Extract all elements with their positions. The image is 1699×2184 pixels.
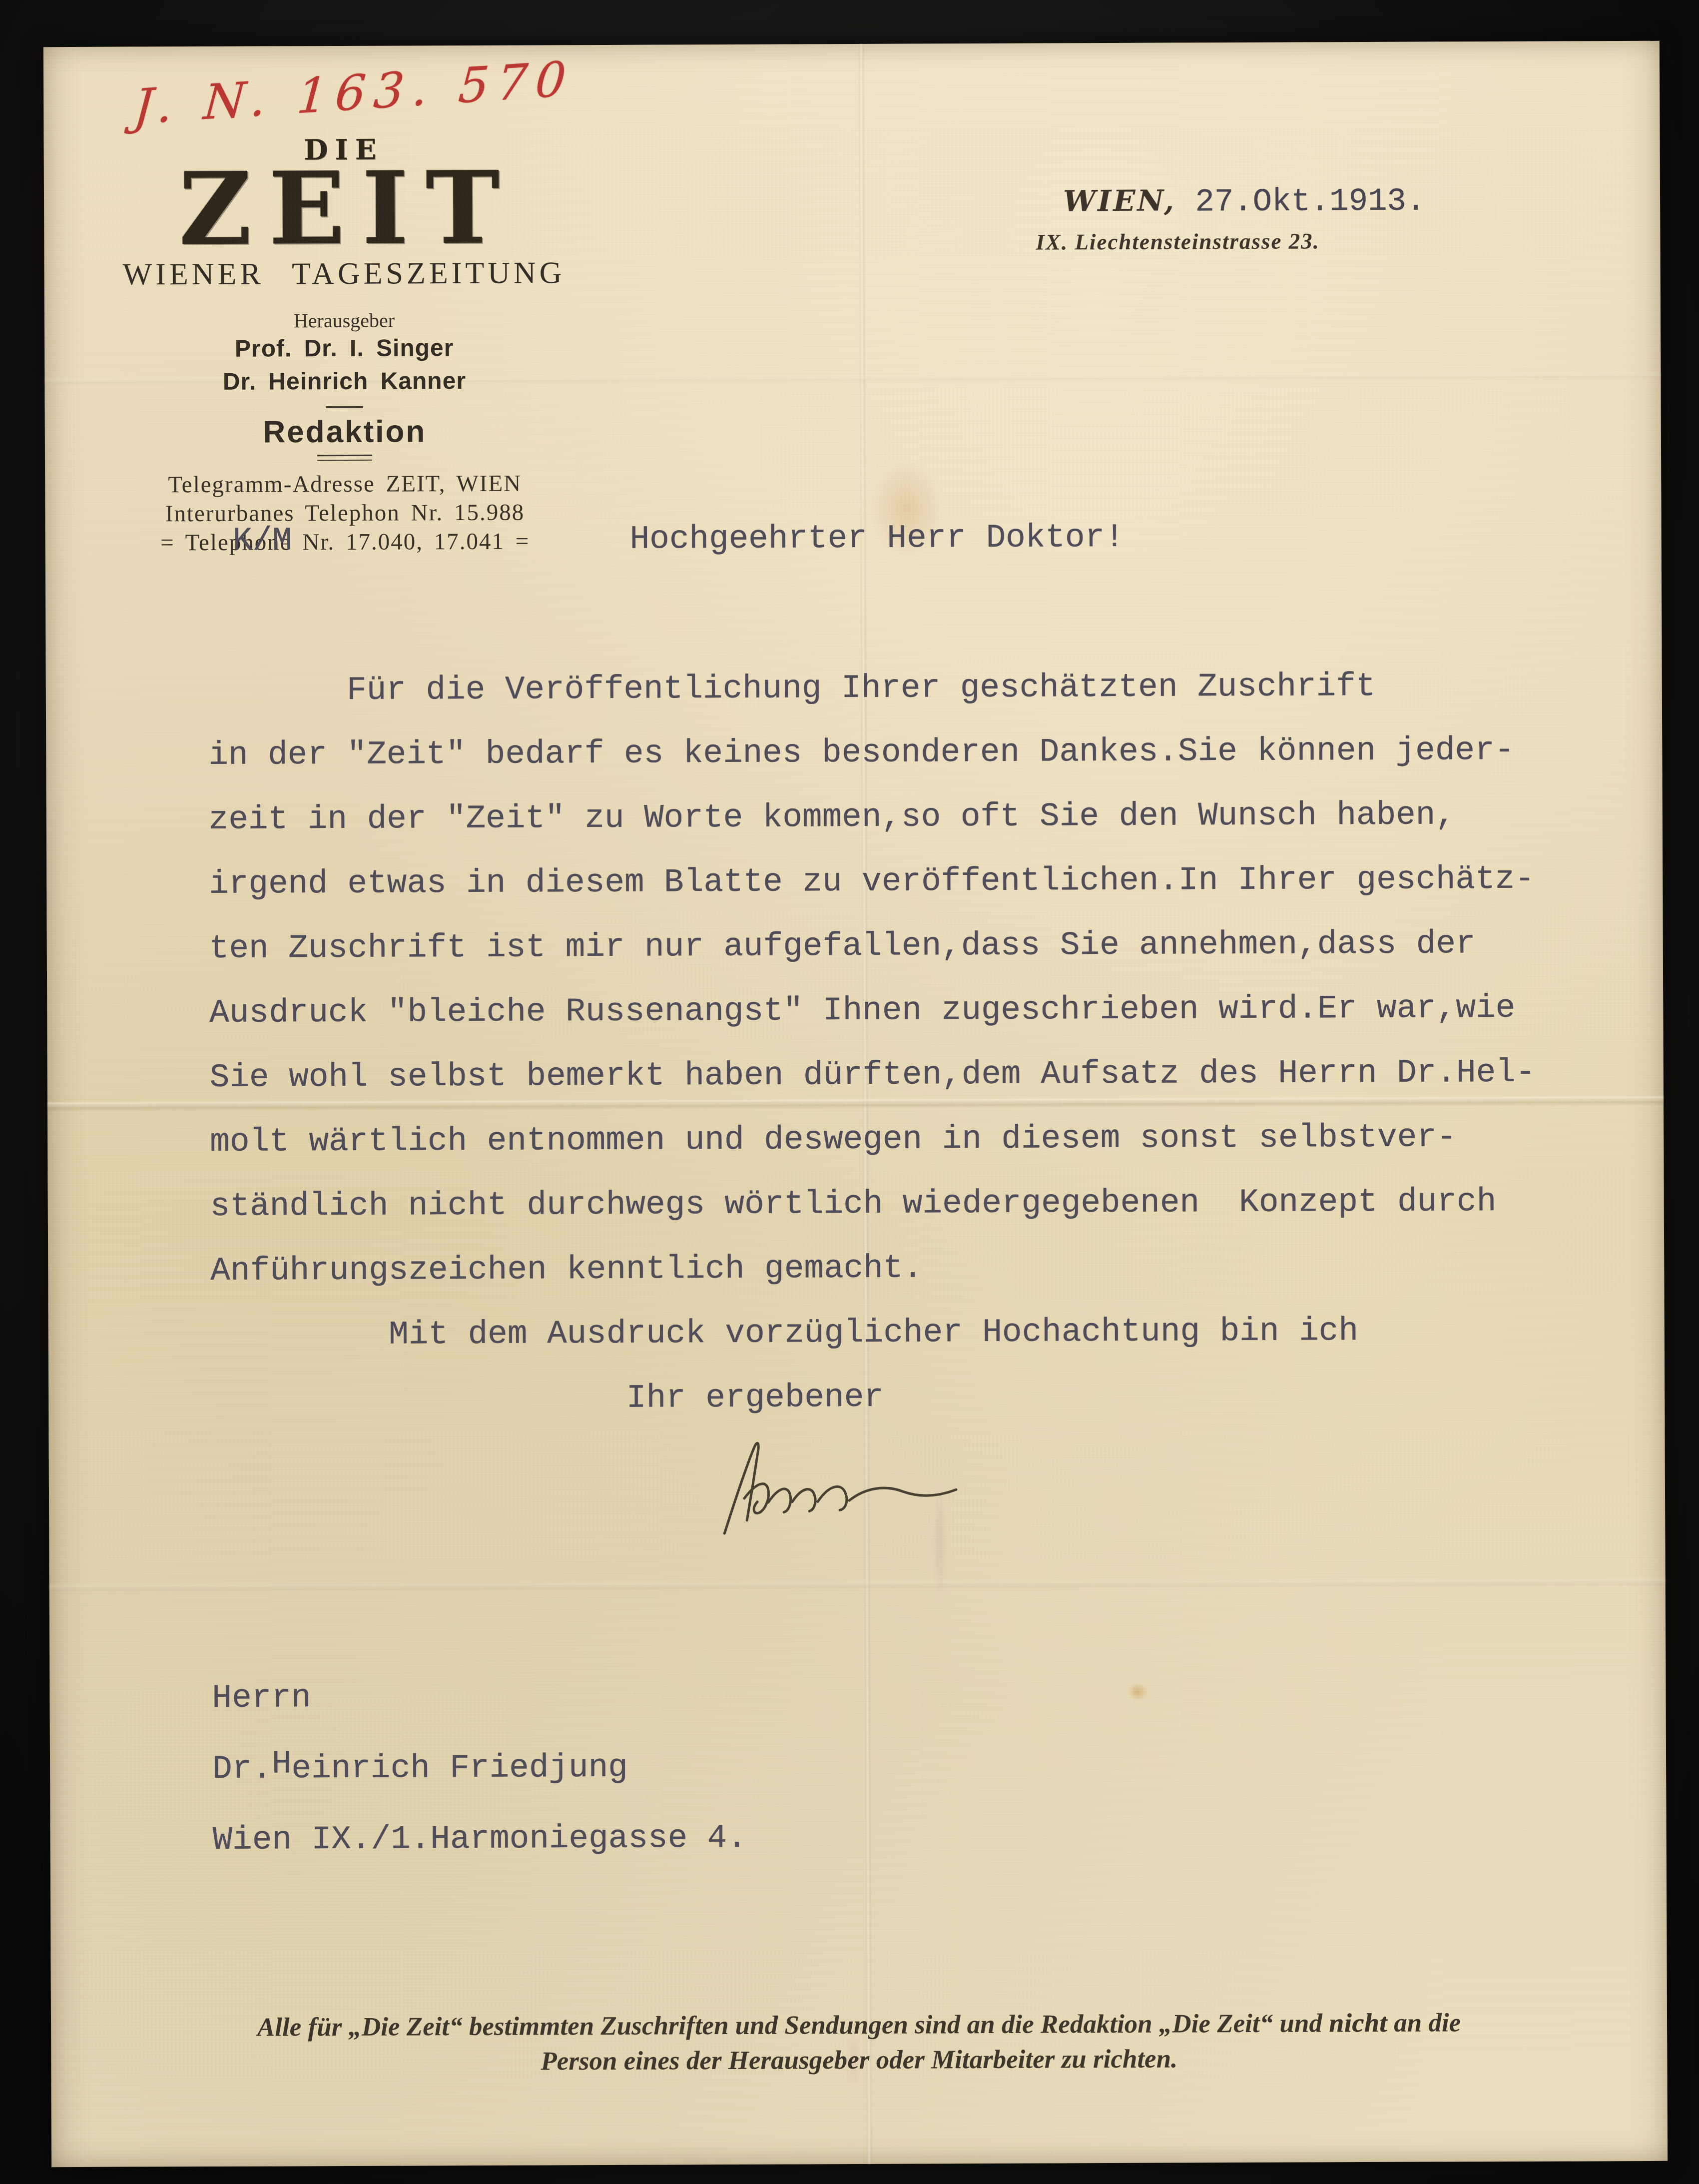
letterhead-divider <box>326 406 363 408</box>
dateline-city: WIEN, <box>1063 184 1176 218</box>
dateline-date: 27.Okt.1913. <box>1176 184 1426 221</box>
body-line: molt wärtlich entnommen und deswegen in … <box>210 1105 1536 1174</box>
recipient-name-rest: einrich Friedjung <box>291 1749 628 1788</box>
letter-body: Für die Veröffentlichung Ihrer geschätzt… <box>208 654 1537 1432</box>
paper-stain-right <box>1128 1683 1147 1701</box>
closing-line: Ihr ergebener <box>211 1363 1537 1432</box>
publisher-name-singer: Prof. Dr. I. Singer <box>57 331 631 366</box>
interurban-phone-line: Interurbanes Telephon Nr. 15.988 <box>57 498 632 529</box>
body-line: ständlich nicht durchwegs wörtlich wiede… <box>210 1169 1536 1239</box>
body-line: ten Zuschrift ist mir nur aufgefallen,da… <box>209 911 1535 981</box>
city-phone-line: = Telephone Nr. 17.040, 17.041 = <box>58 527 632 558</box>
publisher-name-kanner: Dr. Heinrich Kanner <box>57 364 631 399</box>
die-zeit-logo-main: ZEIT <box>64 165 631 252</box>
handwritten-signature <box>708 1427 978 1562</box>
footer-notice: Alle für „Die Zeit“ bestimmten Zuschrift… <box>51 2005 1668 2081</box>
body-line: Für die Veröffentlichung Ihrer geschätzt… <box>208 654 1534 723</box>
typist-reference: K/M <box>233 522 292 559</box>
letter-paper: J. N. 163. 570 DIE ZEIT WIENER TAGESZEIT… <box>43 41 1668 2167</box>
body-line: Sie wohl selbst bemerkt haben dürften,de… <box>210 1040 1536 1110</box>
body-line: zeit in der "Zeit" zu Worte kommen,so of… <box>209 782 1535 852</box>
recipient-name-prefix: Dr. <box>212 1750 272 1787</box>
footer-line1-emphasis: nicht <box>1329 2009 1387 2038</box>
letterhead-double-divider <box>317 455 372 461</box>
department-label: Redaktion <box>57 413 632 451</box>
recipient-address-block: Herrn Dr.Heinrich Friedjung Wien IX./1.H… <box>212 1661 747 1876</box>
footer-line-1: Alle für „Die Zeit“ bestimmten Zuschrift… <box>51 2005 1667 2046</box>
telegram-address-line: Telegramm-Adresse ZEIT, WIEN <box>57 469 632 500</box>
dateline: WIEN, 27.Okt.1913. <box>1063 183 1426 221</box>
body-line: Ausdruck "bleiche Russenangst" Ihnen zug… <box>209 976 1535 1045</box>
letterhead: DIE ZEIT WIENER TAGESZEITUNG Herausgeber… <box>56 132 632 558</box>
salutation: Hochgeehrter Herr Doktor! <box>630 519 1125 558</box>
dateline-street-address: IX. Liechtensteinstrasse 23. <box>1036 228 1320 255</box>
inventory-number-handwriting: J. N. 163. 570 <box>132 50 576 135</box>
footer-line1-text: Alle für „Die Zeit“ bestimmten Zuschrift… <box>257 2009 1329 2042</box>
body-line: in der "Zeit" bedarf es keines besondere… <box>208 718 1534 787</box>
lower-soft-crease <box>49 1579 1666 1591</box>
closing-line: Mit dem Ausdruck vorzüglicher Hochachtun… <box>211 1298 1537 1368</box>
footer-line1-tail: an die <box>1387 2008 1461 2038</box>
footer-line-2: Person eines der Herausgeber oder Mitarb… <box>51 2040 1667 2081</box>
body-line: Anführungszeichen kenntlich gemacht. <box>210 1234 1536 1303</box>
signature-stroke <box>724 1443 957 1533</box>
recipient-street: Wien IX./1.Harmoniegasse 4. <box>212 1803 747 1876</box>
recipient-name-raised-letter: H <box>272 1745 292 1782</box>
publisher-label: Herausgeber <box>57 308 631 333</box>
body-line: irgend etwas in diesem Blatte zu veröffe… <box>209 847 1535 916</box>
recipient-honorific: Herrn <box>212 1661 746 1734</box>
newspaper-subtitle: WIENER TAGESZEITUNG <box>56 255 631 293</box>
recipient-name: Dr.Heinrich Friedjung <box>212 1732 747 1805</box>
